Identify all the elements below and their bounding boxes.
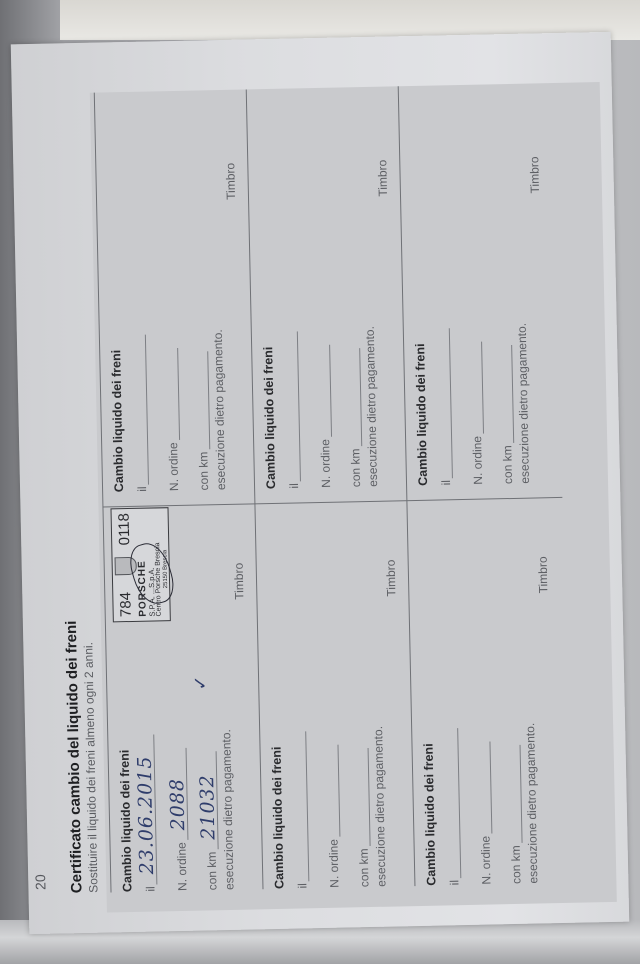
date-row: il bbox=[131, 334, 149, 492]
km-row: con km 21032 bbox=[202, 752, 220, 891]
order-row: N. ordine bbox=[323, 745, 341, 888]
date-field[interactable]: 23.06.2015 bbox=[139, 734, 157, 884]
payment-note: esecuzione dietro pagamento. bbox=[211, 329, 228, 490]
order-row: N. ordine bbox=[315, 345, 333, 488]
order-label: N. ordine bbox=[318, 439, 333, 488]
stamp-number-right: 0118 bbox=[116, 513, 134, 546]
date-label: il bbox=[135, 486, 149, 492]
payment-note: esecuzione dietro pagamento. bbox=[363, 326, 380, 487]
date-label: il bbox=[143, 886, 157, 892]
order-row: N. ordine bbox=[467, 342, 485, 485]
km-label: con km bbox=[205, 852, 220, 891]
stamp-label: Timbro bbox=[232, 563, 247, 600]
handwritten-check-icon: ✓ bbox=[190, 675, 211, 691]
payment-note: esecuzione dietro pagamento. bbox=[219, 729, 236, 890]
entry-block-2: Cambio liquido dei freni il N. ordine co… bbox=[100, 220, 246, 493]
km-value: 21032 bbox=[196, 774, 219, 840]
order-label: N. ordine bbox=[174, 842, 189, 891]
date-field[interactable] bbox=[443, 728, 461, 878]
entry-block-3: Cambio liquido dei freni il N. ordine co… bbox=[261, 616, 407, 889]
date-field[interactable] bbox=[283, 331, 301, 481]
km-label: con km bbox=[357, 848, 372, 887]
stamp-label: Timbro bbox=[536, 556, 551, 593]
entry-block-1: Cambio liquido dei freni il 23.06.2015 N… bbox=[109, 620, 255, 893]
km-field[interactable]: 21032 bbox=[202, 752, 219, 850]
date-row: il bbox=[283, 331, 301, 489]
order-row: N. ordine bbox=[475, 742, 493, 885]
certificate-page: 20 Certificato cambio del liquido dei fr… bbox=[11, 32, 630, 934]
km-label: con km bbox=[500, 445, 515, 484]
payment-note: esecuzione dietro pagamento. bbox=[371, 726, 388, 887]
stamp-number-left: 784 bbox=[117, 592, 135, 617]
order-field[interactable] bbox=[163, 348, 180, 440]
date-row: il bbox=[435, 328, 453, 486]
km-field[interactable] bbox=[354, 748, 371, 846]
km-field[interactable] bbox=[497, 345, 514, 443]
order-field[interactable] bbox=[315, 345, 332, 437]
order-field[interactable] bbox=[467, 342, 484, 434]
page-number: 20 bbox=[32, 874, 48, 890]
block-title: Cambio liquido dei freni bbox=[261, 347, 278, 490]
order-row: N. ordine 2088 bbox=[172, 748, 190, 891]
order-row: N. ordine bbox=[163, 348, 181, 491]
km-row: con km bbox=[497, 345, 515, 484]
payment-note: esecuzione dietro pagamento. bbox=[515, 323, 532, 484]
block-title: Cambio liquido dei freni bbox=[118, 750, 135, 893]
km-field[interactable] bbox=[345, 348, 362, 446]
km-field[interactable] bbox=[506, 745, 523, 843]
km-row: con km bbox=[193, 352, 211, 491]
km-row: con km bbox=[354, 748, 372, 887]
date-label: il bbox=[439, 480, 453, 486]
km-label: con km bbox=[509, 845, 524, 884]
dealer-stamp: 784 0118 PORSCHE S.P.A. ...S.p.A. Centro… bbox=[110, 507, 170, 622]
payment-note: esecuzione dietro pagamento. bbox=[523, 723, 540, 884]
rotated-content: 20 Certificato cambio del liquido dei fr… bbox=[52, 73, 589, 904]
order-field[interactable]: 2088 bbox=[172, 748, 189, 840]
block-title: Cambio liquido dei freni bbox=[421, 743, 438, 886]
entry-block-6: Cambio liquido dei freni il N. ordine co… bbox=[404, 213, 550, 486]
entry-block-5: Cambio liquido dei freni il N. ordine co… bbox=[413, 613, 559, 886]
km-row: con km bbox=[345, 348, 363, 487]
stamp-label: Timbro bbox=[527, 156, 542, 193]
order-label: N. ordine bbox=[166, 442, 181, 491]
block-title: Cambio liquido dei freni bbox=[270, 746, 287, 889]
km-row: con km bbox=[506, 745, 524, 884]
order-field[interactable] bbox=[475, 742, 492, 834]
stamp-label: Timbro bbox=[384, 560, 399, 597]
order-value: 2088 bbox=[166, 778, 189, 831]
km-field[interactable] bbox=[193, 352, 210, 450]
date-value: 23.06.2015 bbox=[134, 755, 158, 874]
stamp-label: Timbro bbox=[375, 160, 390, 197]
date-row: il bbox=[443, 728, 461, 886]
date-label: il bbox=[295, 883, 309, 889]
date-field[interactable] bbox=[435, 328, 453, 478]
order-label: N. ordine bbox=[470, 436, 485, 485]
date-label: il bbox=[287, 483, 301, 489]
date-field[interactable] bbox=[131, 334, 149, 484]
order-label: N. ordine bbox=[326, 839, 341, 888]
order-field[interactable] bbox=[323, 745, 340, 837]
date-row: il bbox=[291, 731, 309, 889]
stamp-label: Timbro bbox=[223, 163, 238, 200]
block-title: Cambio liquido dei freni bbox=[109, 350, 126, 493]
order-label: N. ordine bbox=[478, 836, 493, 885]
km-label: con km bbox=[196, 452, 211, 491]
km-label: con km bbox=[348, 448, 363, 487]
entry-block-4: Cambio liquido dei freni il N. ordine co… bbox=[252, 216, 398, 489]
date-row: il 23.06.2015 bbox=[139, 734, 157, 892]
date-field[interactable] bbox=[291, 731, 309, 881]
date-label: il bbox=[447, 880, 461, 886]
block-title: Cambio liquido dei freni bbox=[413, 343, 430, 486]
divider bbox=[102, 497, 562, 508]
